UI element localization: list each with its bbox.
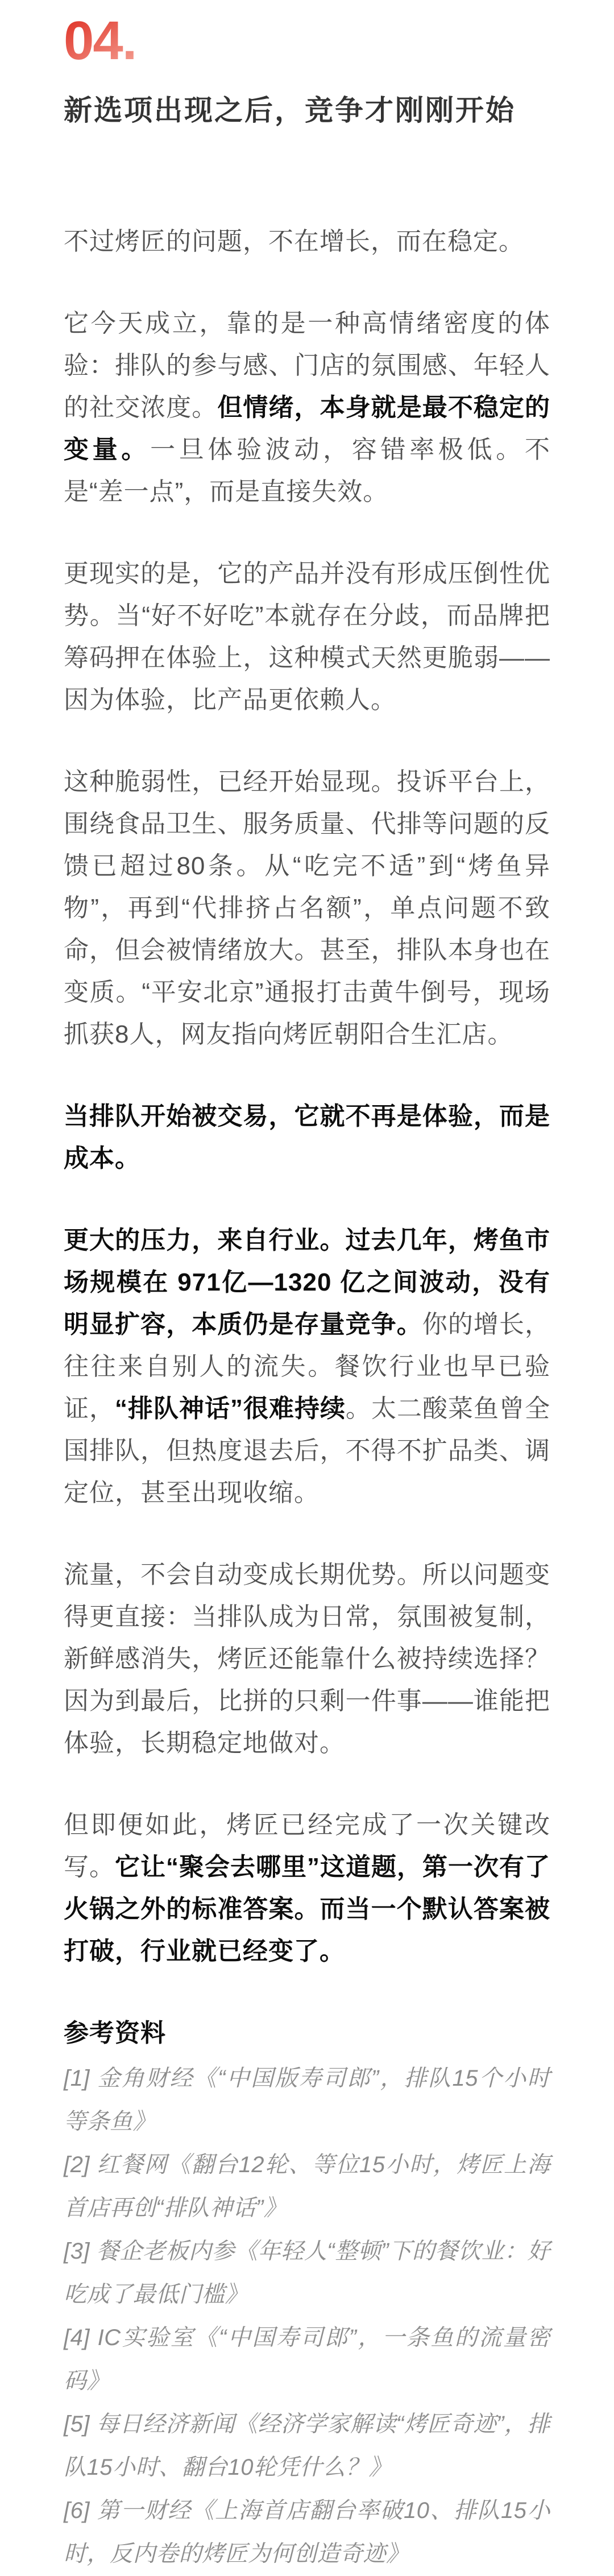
paragraph: 流量，不会自动变成长期优势。所以问题变得更直接：当排队成为日常，氛围被复制，新鲜… <box>64 1554 550 1764</box>
reference-list: [1] 金角财经《“中国版寿司郎”，排队15个小时等条鱼》[2] 红餐网《翻台1… <box>64 2057 550 2575</box>
paragraph: 当排队开始被交易，它就不再是体验，而是成本。 <box>64 1095 550 1180</box>
text-run: 这种脆弱性，已经开始显现。投诉平台上，围绕食品卫生、服务质量、代排等问题的反馈已… <box>64 768 550 1048</box>
section-number: 04. <box>64 14 136 68</box>
text-run: 不过烤匠的问题，不在增长，而在稳定。 <box>64 228 524 255</box>
references-section: 参考资料 [1] 金角财经《“中国版寿司郎”，排队15个小时等条鱼》[2] 红餐… <box>64 2012 550 2575</box>
section-title: 新选项出现之后，竞争才刚刚开始 <box>64 93 550 127</box>
reference-item: [3] 餐企老板内参《年轻人“整顿”下的餐饮业：好吃成了最低门槛》 <box>64 2230 550 2316</box>
paragraph: 但即便如此，烤匠已经完成了一次关键改写。它让“聚会去哪里”这道题，第一次有了火锅… <box>64 1804 550 1973</box>
article-body: 不过烤匠的问题，不在增长，而在稳定。它今天成立，靠的是一种高情绪密度的体验：排队… <box>64 221 550 1973</box>
paragraph: 更现实的是，它的产品并没有形成压倒性优势。当“好不好吃”本就存在分歧，而品牌把筹… <box>64 553 550 721</box>
paragraph: 更大的压力，来自行业。过去几年，烤鱼市场规模在 971亿—1320 亿之间波动，… <box>64 1219 550 1514</box>
paragraph: 它今天成立，靠的是一种高情绪密度的体验：排队的参与感、门店的氛围感、年轻人的社交… <box>64 303 550 513</box>
article-page: { "colors": { "accent_dark": "#e0372b", … <box>0 0 614 2576</box>
paragraph: 不过烤匠的问题，不在增长，而在稳定。 <box>64 221 550 263</box>
reference-item: [1] 金角财经《“中国版寿司郎”，排队15个小时等条鱼》 <box>64 2057 550 2143</box>
bold-text-run: 它让“聚会去哪里”这道题，第一次有了火锅之外的标准答案。而当一个默认答案被打破，… <box>64 1853 550 1965</box>
reference-item: [5] 每日经济新闻《经济学家解读“烤匠奇迹”，排队15小时、翻台10轮凭什么？… <box>64 2403 550 2489</box>
reference-item: [2] 红餐网《翻台12轮、等位15小时，烤匠上海首店再创“排队神话”》 <box>64 2143 550 2230</box>
bold-text-run: “排队神话”很难持续 <box>115 1395 346 1423</box>
reference-item: [4] IC实验室《“中国寿司郎”，一条鱼的流量密码》 <box>64 2316 550 2403</box>
reference-item: [6] 第一财经《上海首店翻台率破10、排队15小时，反内卷的烤匠为何创造奇迹》 <box>64 2489 550 2575</box>
references-heading: 参考资料 <box>64 2012 550 2054</box>
text-run: 流量，不会自动变成长期优势。所以问题变得更直接：当排队成为日常，氛围被复制，新鲜… <box>64 1561 550 1757</box>
paragraph: 这种脆弱性，已经开始显现。投诉平台上，围绕食品卫生、服务质量、代排等问题的反馈已… <box>64 761 550 1056</box>
bold-text-run: 当排队开始被交易，它就不再是体验，而是成本。 <box>64 1102 550 1172</box>
text-run: 更现实的是，它的产品并没有形成压倒性优势。当“好不好吃”本就存在分歧，而品牌把筹… <box>64 560 550 714</box>
